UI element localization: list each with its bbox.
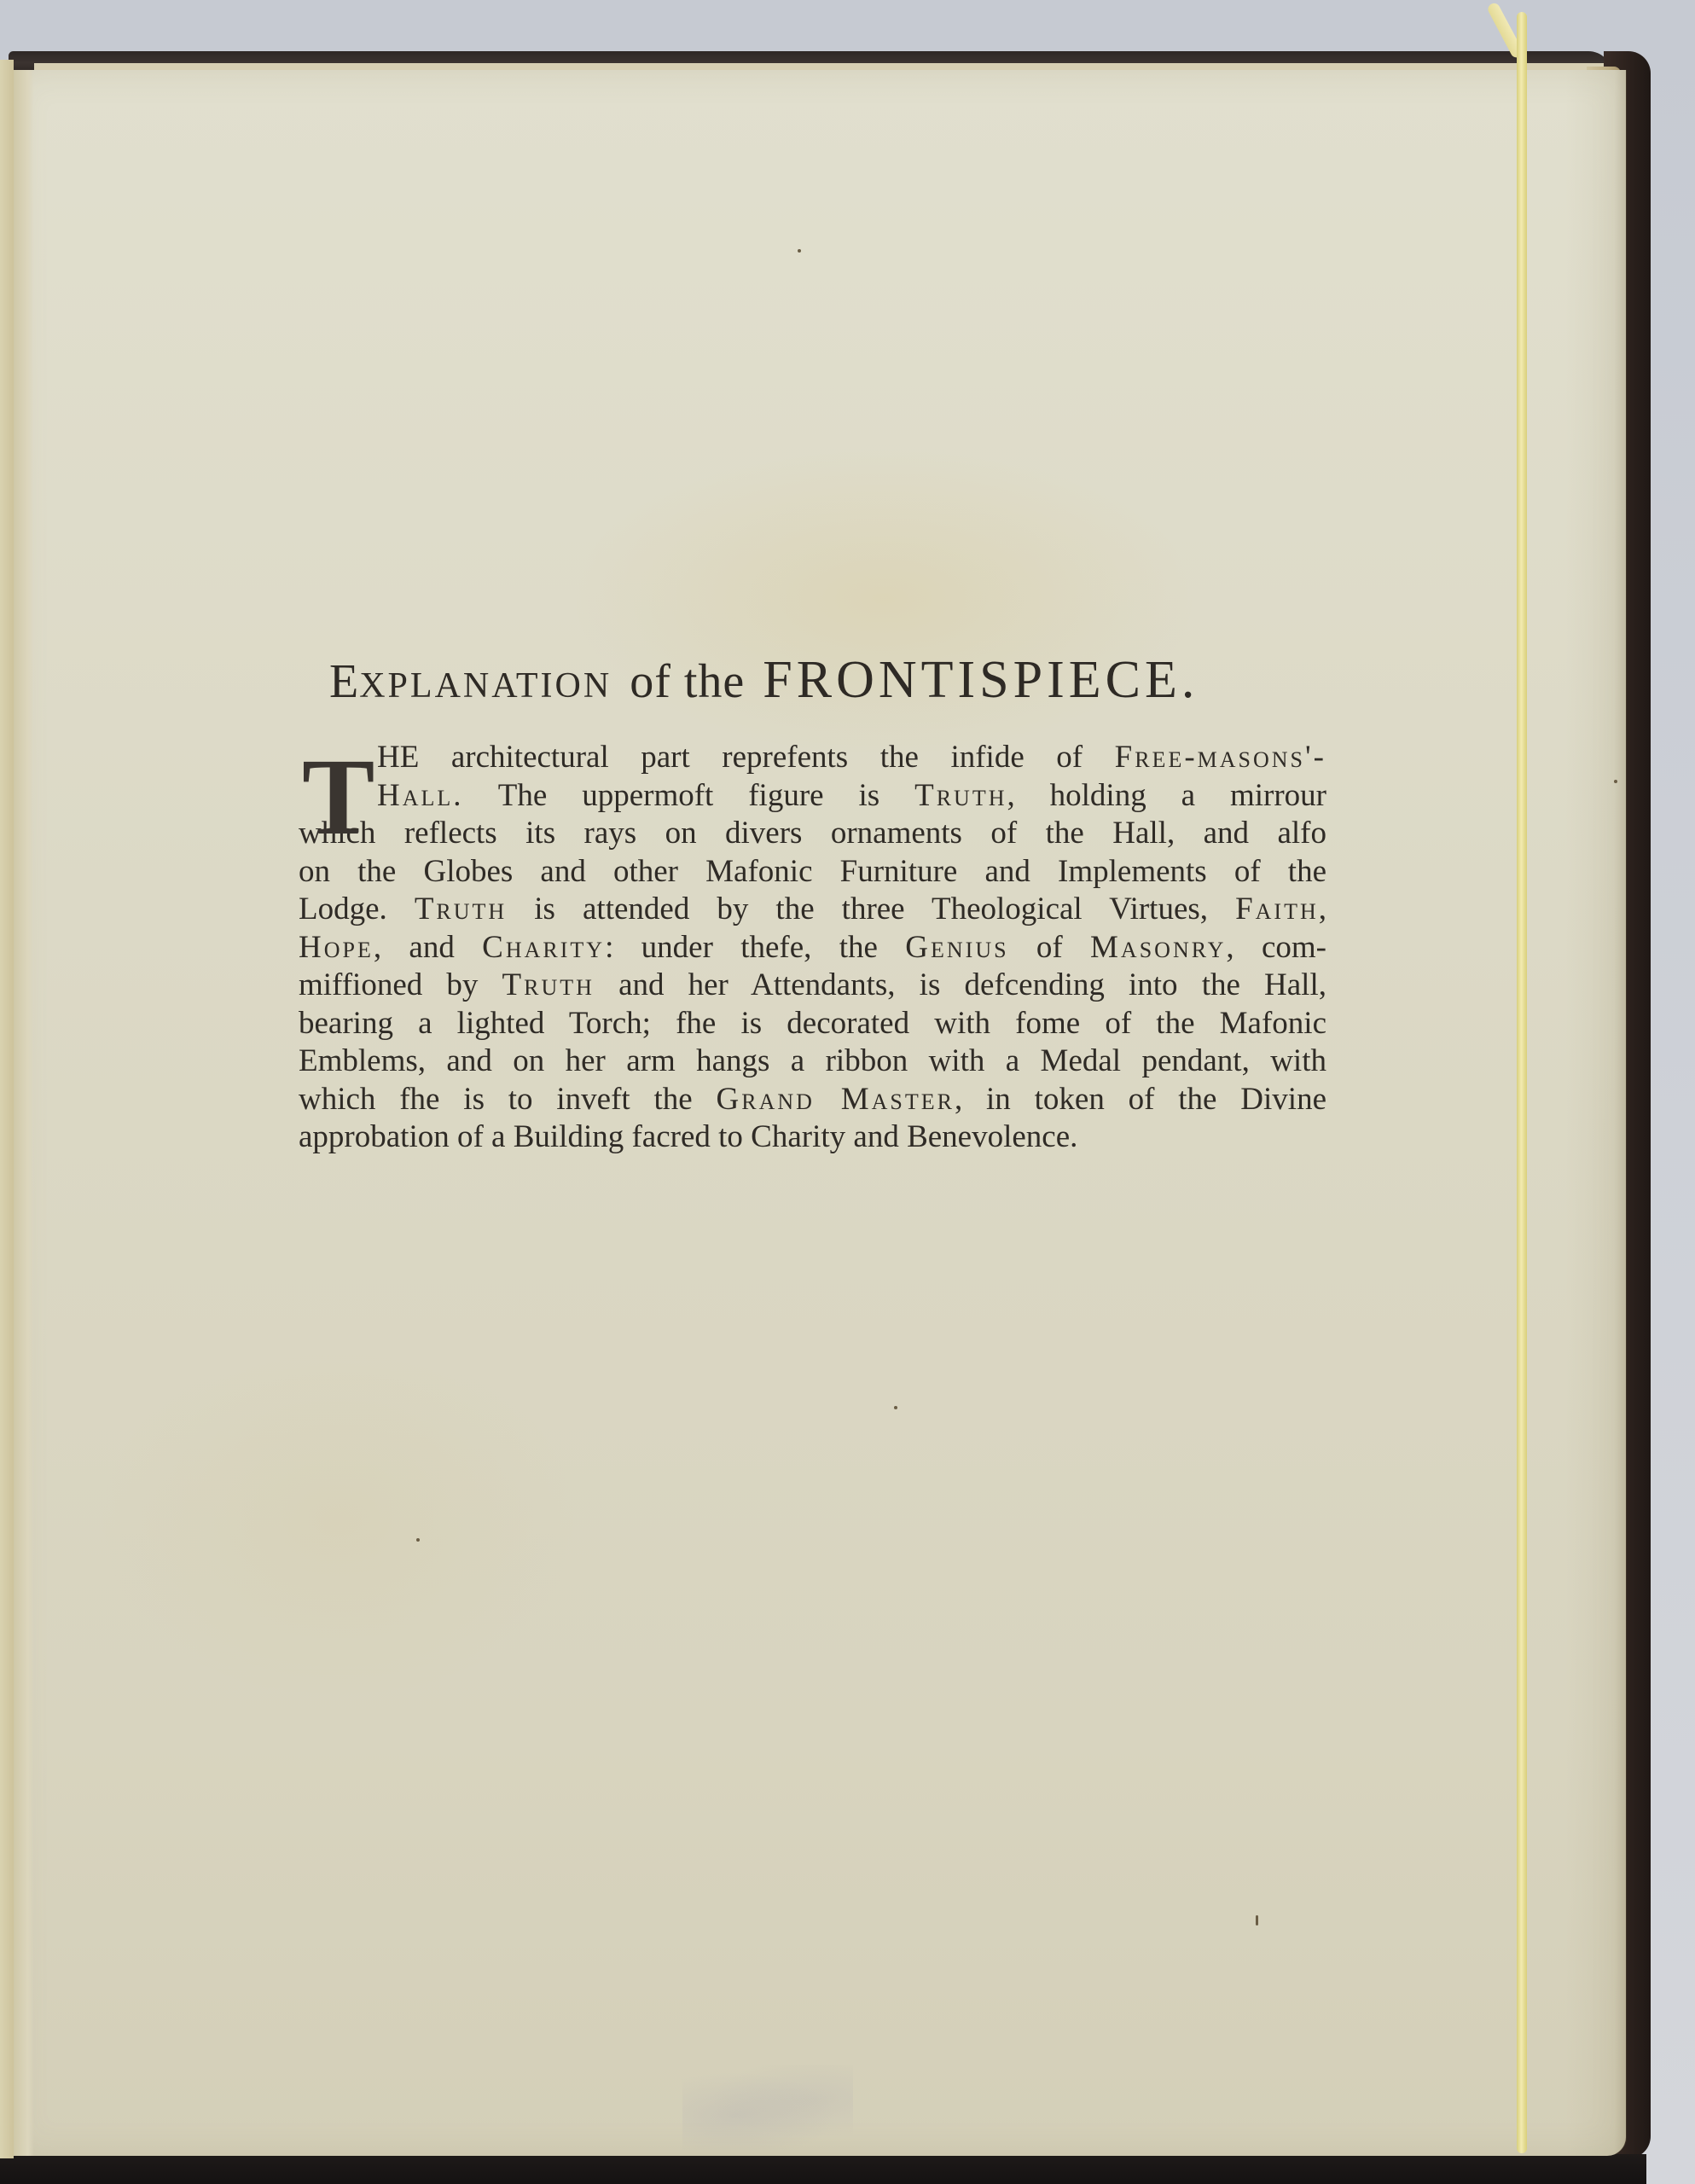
text-line-10: which fhe is to inveft the Grand Master,… bbox=[299, 1081, 1326, 1119]
text-line-3: which reflects its rays on divers orname… bbox=[299, 815, 1326, 853]
text-smallcaps: Charity bbox=[482, 930, 605, 965]
text-line-7: miffioned by Truth and her Attendants, i… bbox=[299, 967, 1326, 1005]
text-line-11: approbation of a Building facred to Char… bbox=[299, 1118, 1326, 1157]
text-segment: of bbox=[1009, 930, 1090, 965]
text-line-2: Hall. The uppermoft figure is Truth, hol… bbox=[299, 777, 1326, 816]
text-smallcaps: Free-masons'- bbox=[1115, 740, 1326, 775]
text-segment: which fhe is to inveft the bbox=[299, 1082, 717, 1117]
page-right-curl bbox=[1565, 70, 1627, 2156]
gutter-fold bbox=[14, 70, 34, 2156]
text-smallcaps: Masonry bbox=[1090, 930, 1226, 965]
paper-speck bbox=[416, 1538, 420, 1542]
text-segment: The uppermoft figure is bbox=[464, 778, 915, 813]
elastic-strap bbox=[1517, 12, 1527, 2153]
text-segment: : under thefe, the bbox=[605, 930, 905, 965]
explanation-paragraph: T HE architectural part reprefents the i… bbox=[299, 739, 1326, 1157]
text-segment: HE architectural part reprefents the inf… bbox=[377, 740, 1115, 775]
paper-speck bbox=[894, 1406, 897, 1409]
text-smallcaps: Hall. bbox=[377, 778, 464, 813]
text-smallcaps: Truth bbox=[415, 892, 507, 926]
text-line-8: bearing a lighted Torch; fhe is decorate… bbox=[299, 1005, 1326, 1043]
text-line-1: HE architectural part reprefents the inf… bbox=[299, 739, 1326, 777]
title-connector: of the bbox=[630, 655, 745, 708]
text-segment: , and bbox=[374, 930, 482, 965]
left-leaf-edge bbox=[0, 60, 14, 2158]
text-segment: Lodge. bbox=[299, 892, 415, 926]
text-smallcaps: Faith bbox=[1235, 892, 1319, 926]
text-line-6: Hope, and Charity: under thefe, the Geni… bbox=[299, 929, 1326, 967]
text-segment: , in token of the Divine bbox=[955, 1082, 1326, 1117]
text-segment: and her Attendants, is defcending into t… bbox=[595, 967, 1326, 1002]
text-segment: is attended by the three Theological Vir… bbox=[507, 892, 1235, 926]
title-explanation: XPLANATION bbox=[359, 666, 612, 706]
text-smallcaps: Hope bbox=[299, 930, 374, 965]
text-segment: , holding a mirrour bbox=[1007, 778, 1326, 813]
text-segment: miffioned by bbox=[299, 967, 502, 1002]
ink-bleed-through bbox=[682, 2065, 853, 2150]
paper-speck bbox=[798, 249, 801, 253]
text-smallcaps: Genius bbox=[905, 930, 1008, 965]
drop-cap: T bbox=[302, 742, 374, 851]
text-smallcaps: Truth bbox=[502, 967, 595, 1002]
text-segment: , com- bbox=[1226, 930, 1326, 965]
text-segment: , bbox=[1319, 892, 1326, 926]
book-cover-bottom bbox=[0, 2154, 1646, 2184]
paper-speck bbox=[1256, 1915, 1258, 1926]
paper-speck bbox=[1614, 780, 1617, 783]
text-smallcaps: Grand Master bbox=[717, 1082, 955, 1117]
title-initial: E bbox=[329, 655, 359, 708]
text-smallcaps: Truth bbox=[914, 778, 1007, 813]
text-line-9: Emblems, and on her arm hangs a ribbon w… bbox=[299, 1043, 1326, 1081]
page-title: EXPLANATION of the FRONTISPIECE. bbox=[329, 650, 1319, 711]
text-line-4: on the Globes and other Mafonic Furnitur… bbox=[299, 853, 1326, 892]
text-line-5: Lodge. Truth is attended by the three Th… bbox=[299, 891, 1326, 929]
title-frontispiece: FRONTISPIECE. bbox=[763, 651, 1199, 709]
